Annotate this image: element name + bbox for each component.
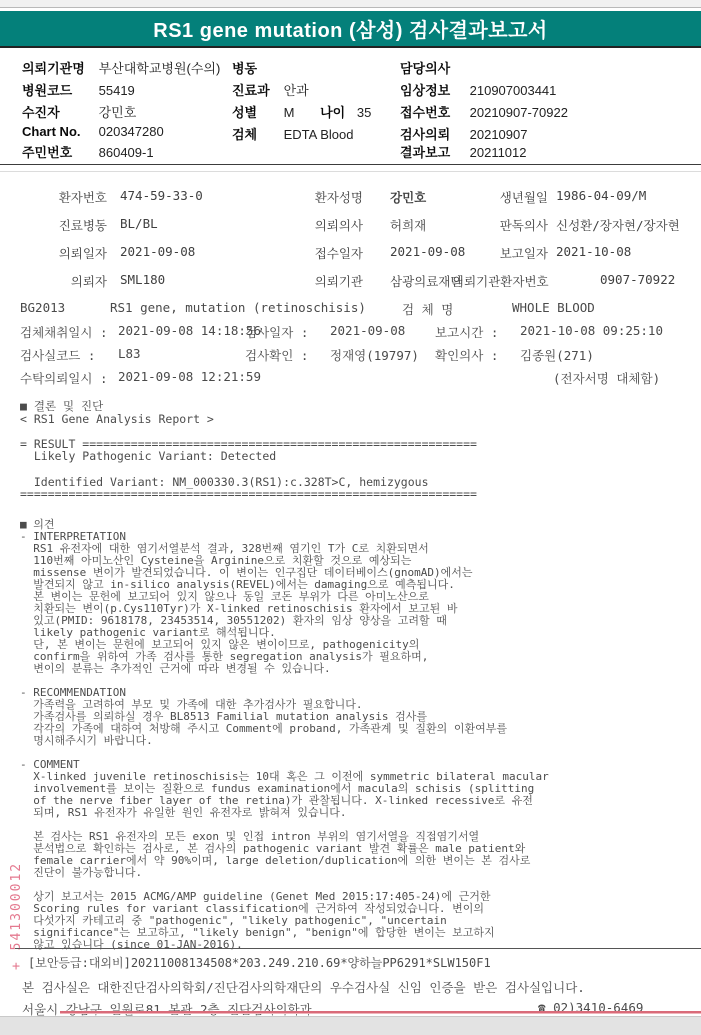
info-requesting-org: 의뢰기관명 부산대학교병원(수의) [22,58,220,77]
cell-value: 신성환/장자현/장자현 [556,216,680,234]
info-value: 210907003441 [470,83,557,98]
info-age-value: 35 [357,105,371,120]
specimen-value: WHOLE BLOOD [512,300,595,315]
info-label: 접수번호 [400,102,466,121]
cell-value: 2021-09-08 14:18:56 [118,323,261,338]
footer-pink-rule-shadow [60,1013,701,1014]
cell-value: 2021-10-08 [556,244,631,259]
cell-label: 의뢰의사 [303,216,363,234]
report-title-banner: RS1 gene mutation (삼성) 검사결과보고서 [0,11,701,48]
cell-label: 진료병동 [35,216,107,234]
info-value: 55419 [99,83,135,98]
cell-value: 2021-09-08 [390,244,465,259]
info-label: 주민번호 [22,142,95,161]
cell-label: 환자번호 [35,188,107,206]
cell-value: 474-59-33-0 [120,188,203,203]
info-value: 부산대학교병원(수의) [99,61,221,76]
table-row: 환자번호 474-59-33-0 환자성명 강민호 생년월일 1986-04-0… [0,188,701,208]
cell-label: 접수일자 [303,244,363,262]
cell-value: SML180 [120,272,165,287]
info-label: 진료과 [232,80,280,99]
info-ward: 병동 [232,58,280,77]
info-sex-age: 성별 M 나이 35 [232,102,371,121]
info-label: 담당의사 [400,58,466,77]
table-row: 의뢰자 SML180 의뢰기관 삼광의료재단 의뢰기관환자번호 0907-709… [0,272,701,292]
cell-label: 환자성명 [303,188,363,206]
cell-value: BL/BL [120,216,158,231]
info-doctor: 담당의사 [400,58,466,77]
info-specimen: 검체 EDTA Blood [232,124,353,143]
cell-label: 의뢰자 [35,272,107,290]
info-label: 의뢰기관명 [22,58,95,77]
cell-value: L83 [118,346,141,361]
test-code: BG2013 [20,300,65,315]
test-name: RS1 gene, mutation (retinoschisis) [110,300,366,315]
cell-label: 보고일자 [470,244,548,262]
cell-value: 허희재 [390,216,426,234]
info-value: EDTA Blood [284,127,354,142]
cell-value: 2021-09-08 [330,323,405,338]
cell-value: 강민호 [390,188,426,206]
info-receipt-no: 접수번호 20210907-70922 [400,102,568,121]
info-label: 병동 [232,58,280,77]
cell-value: 2021-10-08 09:25:10 [520,323,663,338]
info-label: Chart No. [22,124,95,139]
cell-label: 검체채취일시 : [20,323,108,341]
info-value: 860409-1 [99,145,154,160]
info-value: 20210907-70922 [470,105,568,120]
cell-value: 김종원(271) [520,346,594,364]
window-top-strip [0,0,701,8]
header-divider [0,164,701,165]
order-row-test: BG2013 RS1 gene, mutation (retinoschisis… [0,300,701,320]
vertical-accession-code: + 541300012 [9,800,23,970]
cell-value: 1986-04-09/M [556,188,646,203]
order-row-labcode: 검사실코드 : L83 검사확인 : 정재영(19797) 확인의사 : 김종원… [0,346,701,366]
window-bottom-strip [0,1016,701,1035]
info-department: 진료과 안과 [232,80,309,99]
order-row-referral: 수탁의뢰일시 : 2021-09-08 12:21:59 (전자서명 대체함) [0,369,701,389]
cell-value: 2021-09-08 [120,244,195,259]
info-value: 안과 [284,83,309,98]
cell-label: 검사일자 : [245,323,308,341]
table-row: 진료병동 BL/BL 의뢰의사 허희재 판독의사 신성환/장자현/장자현 [0,216,701,236]
info-label: 검사의뢰 [400,124,466,143]
info-label: 성별 [232,102,280,121]
info-value: M [284,105,295,120]
info-result-report: 결과보고 20211012 [400,142,527,161]
result-section-text: ■ 결론 및 진단 < RS1 Gene Analysis Report > =… [20,400,477,501]
info-examinee: 수진자 강민호 [22,102,136,121]
cell-value: 2021-09-08 12:21:59 [118,369,261,384]
info-label: 결과보고 [400,142,466,161]
header-divider-shadow [0,171,701,172]
opinion-section-text: ■ 의견 - INTERPRETATION RS1 유전자에 대한 염기서열분석… [20,519,549,951]
cell-label: 검사확인 : [245,346,308,364]
cell-label: 수탁의뢰일시 : [20,369,108,387]
security-classification-line: [보안등급:대외비]20211008134508*203.249.210.69*… [28,954,491,971]
info-value: 20210907 [470,127,528,142]
cell-label: 생년월일 [470,188,548,206]
cell-label: 의뢰기관환자번호 [452,272,578,290]
info-value: 020347280 [99,124,164,139]
order-row-collect: 검체채취일시 : 2021-09-08 14:18:56 검사일자 : 2021… [0,323,701,343]
cell-value: 0907-70922 [600,272,675,287]
info-chart-no: Chart No. 020347280 [22,124,164,139]
info-label: 수진자 [22,102,95,121]
info-test-request: 검사의뢰 20210907 [400,124,527,143]
info-resident-no: 주민번호 860409-1 [22,142,154,161]
cell-label: 검사실코드 : [20,346,95,364]
table-row: 의뢰일자 2021-09-08 접수일자 2021-09-08 보고일자 202… [0,244,701,264]
report-title: RS1 gene mutation (삼성) 검사결과보고서 [153,14,547,43]
specimen-label: 검 체 명 [402,300,453,318]
info-label: 병원코드 [22,80,95,99]
info-label: 검체 [232,124,280,143]
info-value: 20211012 [470,145,527,160]
e-signature-note: (전자서명 대체함) [553,369,660,387]
lab-certification-line: 본 검사실은 대한진단검사의학회/진단검사의학재단의 우수검사실 신임 인증을 … [22,978,585,996]
info-hospital-code: 병원코드 55419 [22,80,135,99]
cell-label: 의뢰기관 [303,272,363,290]
footer-divider [15,948,701,949]
cell-label: 의뢰일자 [35,244,107,262]
info-label: 임상정보 [400,80,466,99]
info-age-label: 나이 [320,105,345,120]
cell-label: 확인의사 : [435,346,498,364]
info-value: 강민호 [99,105,137,120]
cell-value: 정재영(19797) [330,346,419,364]
info-clinical-info: 임상정보 210907003441 [400,80,556,99]
cell-label: 판독의사 [470,216,548,234]
cell-label: 보고시간 : [435,323,498,341]
